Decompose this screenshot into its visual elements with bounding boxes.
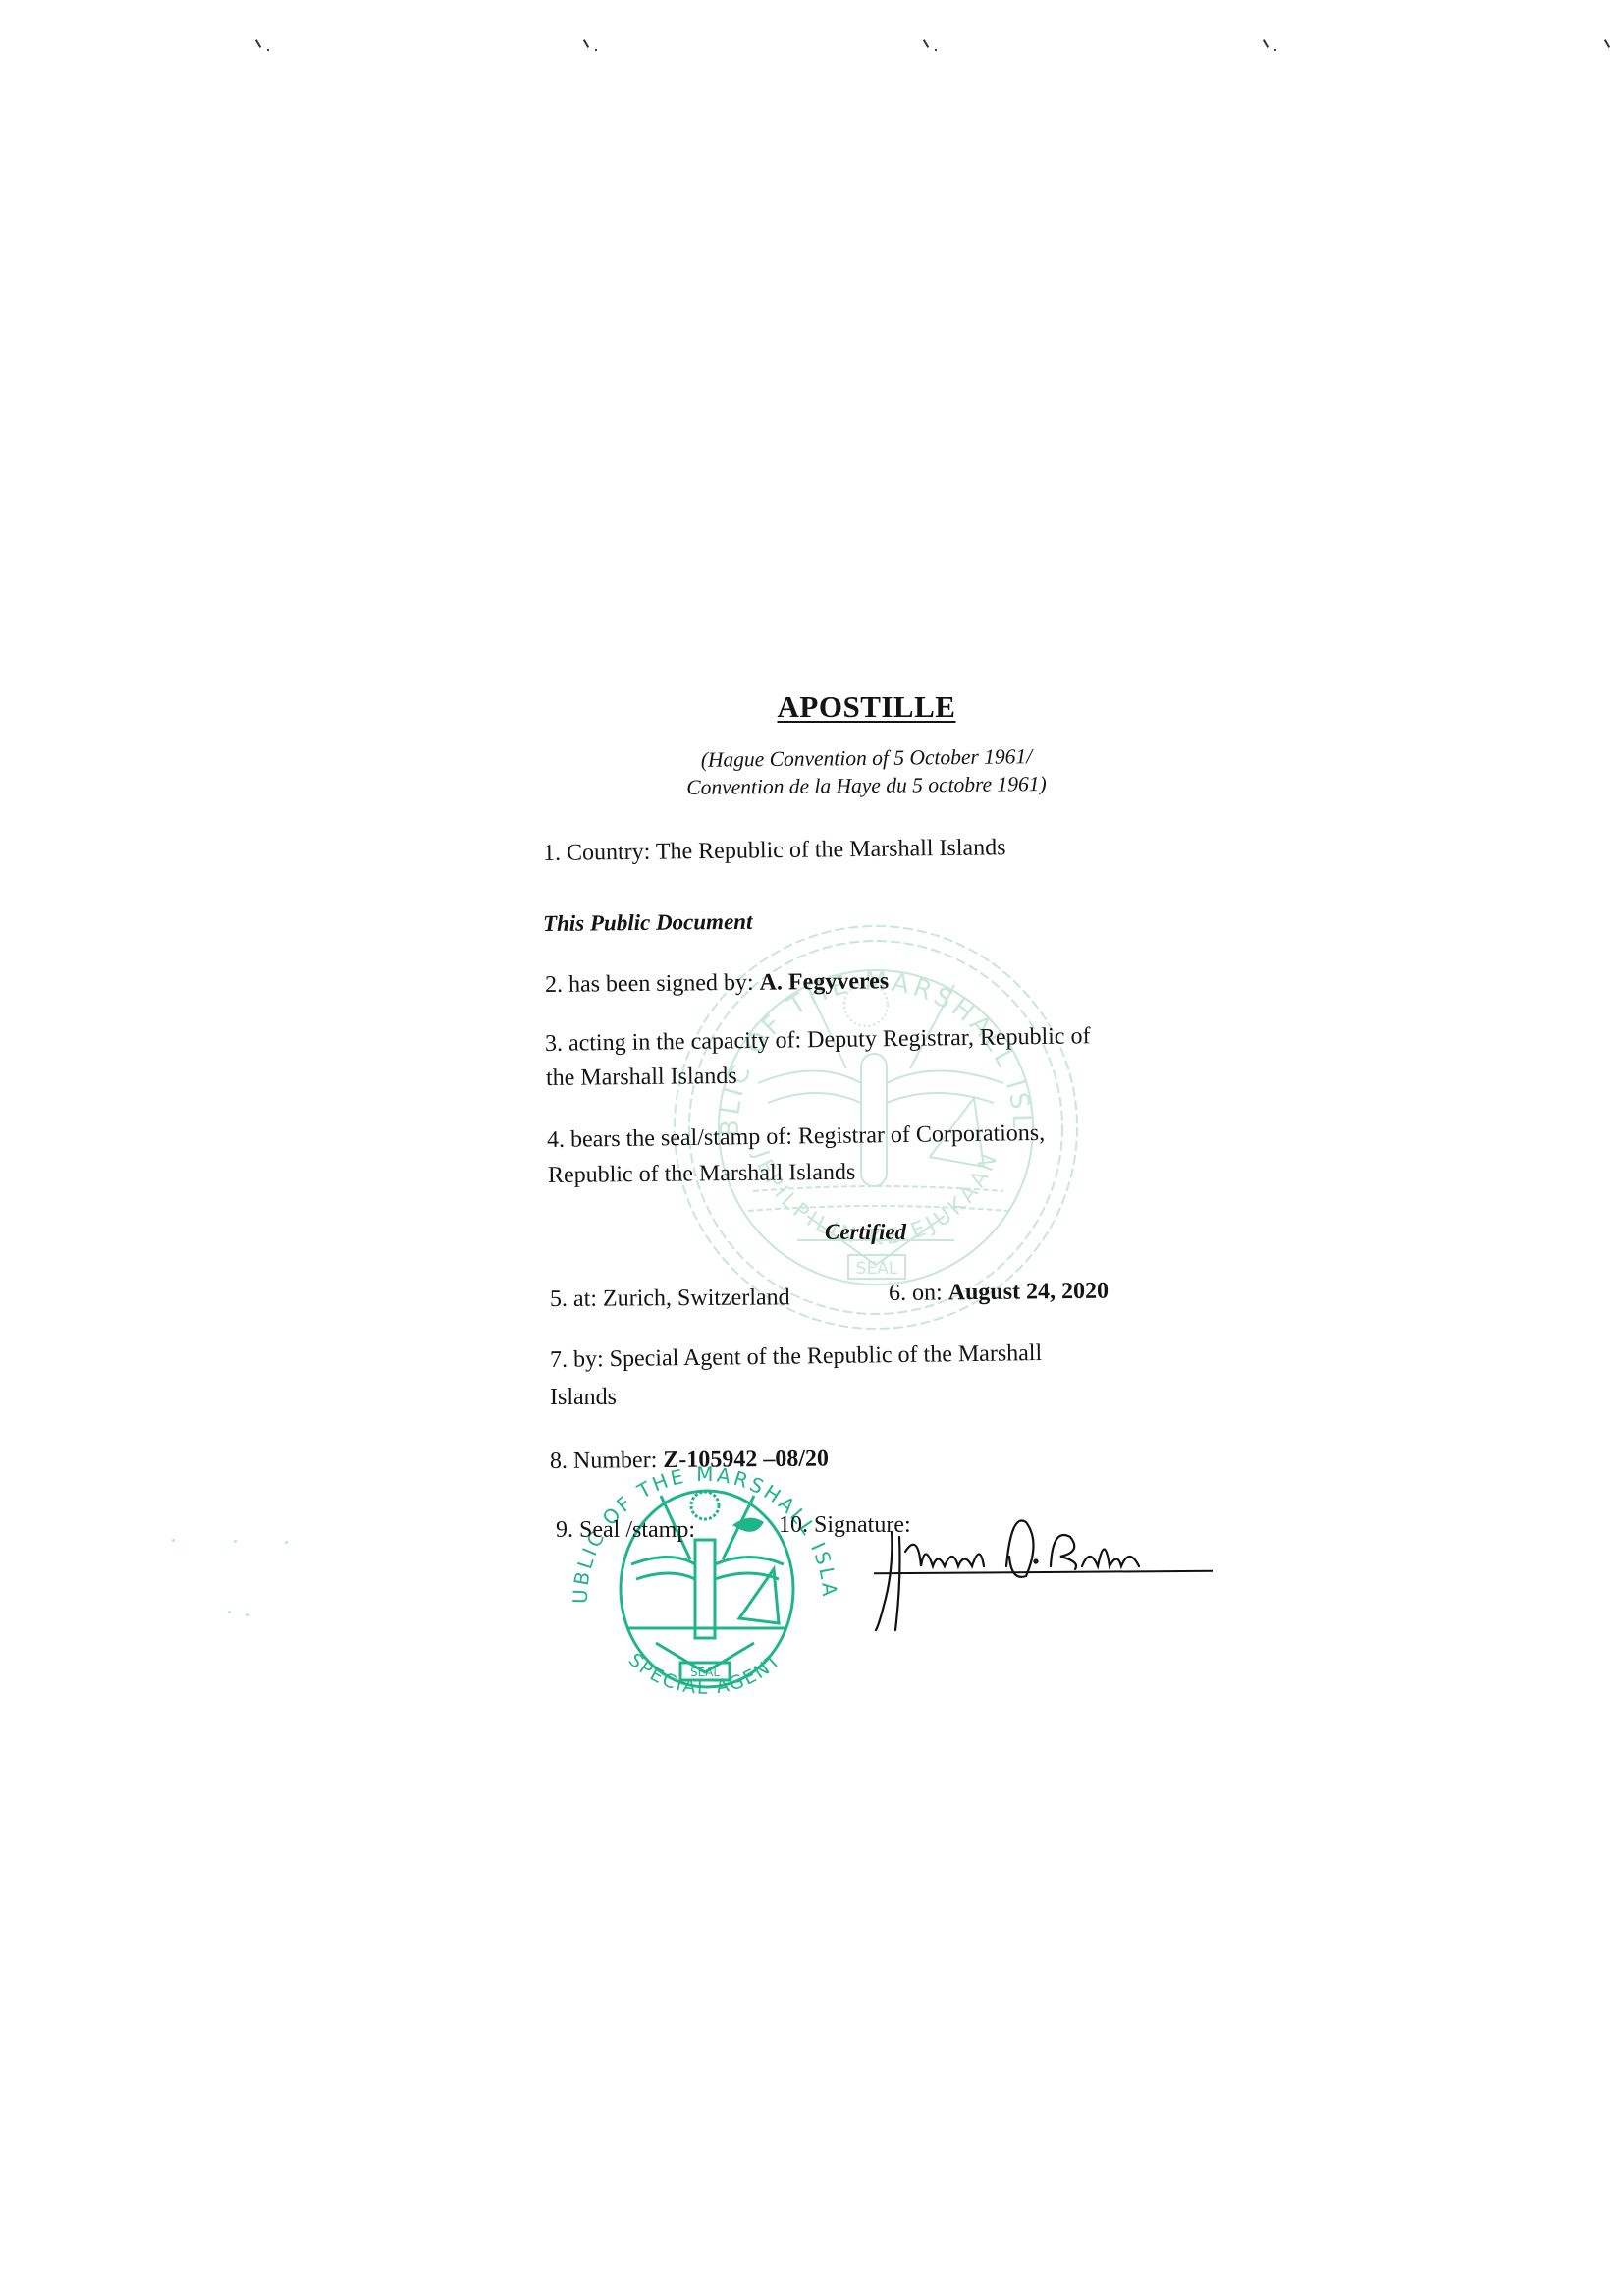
field-by-cont: Islands — [550, 1385, 617, 1411]
field-by: 7. by: Special Agent of the Republic of … — [550, 1340, 1043, 1374]
seal-stamp-label: 9. Seal /stamp: — [556, 1517, 695, 1544]
signed-by-value: A. Fegyveres — [759, 968, 889, 995]
field-signed-by: 2. has been signed by: A. Fegyveres — [545, 968, 889, 999]
field-at: 5. at: Zurich, Switzerland — [550, 1285, 790, 1313]
country-value: The Republic of the Marshall Islands — [656, 835, 1006, 864]
handwritten-signature — [864, 1512, 1159, 1640]
svg-text:SEAL: SEAL — [690, 1666, 720, 1679]
field-capacity-cont: the Marshall Islands — [546, 1064, 737, 1092]
document-title: APOSTILLE — [0, 689, 1624, 725]
svg-text:SEAL: SEAL — [856, 1259, 898, 1279]
field-seal-of-cont: Republic of the Marshall Islands — [548, 1160, 856, 1189]
public-document-heading: This Public Document — [543, 909, 753, 937]
field-country: 1. Country: The Republic of the Marshall… — [543, 835, 1006, 867]
by-value: Special Agent of the Republic of the Mar… — [609, 1340, 1042, 1372]
special-agent-stamp: REPUBLIC OF THE MARSHALL ISLANDS SPECIAL… — [558, 1451, 852, 1722]
seal-of-value: Registrar of Corporations, — [798, 1121, 1046, 1150]
certified-heading: Certified — [825, 1220, 906, 1245]
field-on: 6. on: August 24, 2020 — [889, 1279, 1109, 1307]
capacity-value: Deputy Registrar, Republic of — [807, 1023, 1091, 1053]
at-value: Zurich, Switzerland — [603, 1285, 790, 1311]
on-value: August 24, 2020 — [948, 1279, 1110, 1306]
